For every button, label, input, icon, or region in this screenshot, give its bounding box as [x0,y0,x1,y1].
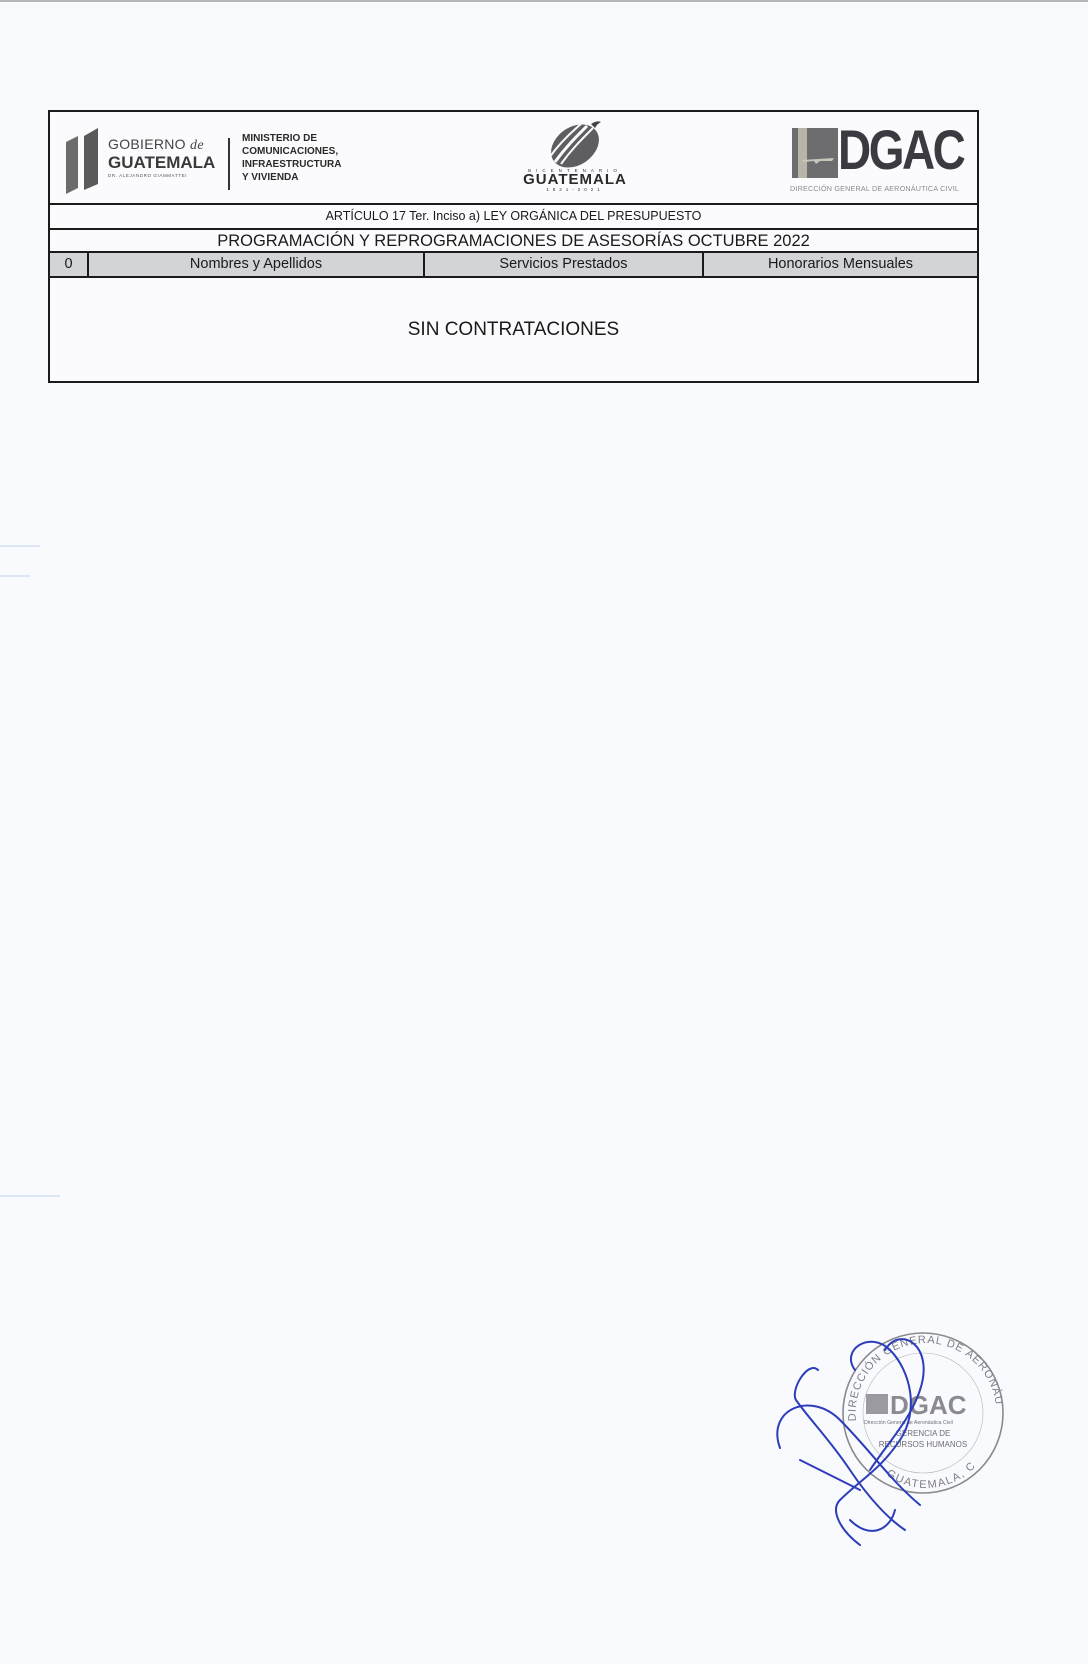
ministerio-line: Y VIVIENDA [242,171,341,184]
bicentenario-emblem-icon [535,118,615,168]
gobierno-text: GOBIERNO de GUATEMALA DR. ALEJANDRO GIAM… [108,136,218,178]
ministerio-line: MINISTERIO DE [242,132,341,145]
handwritten-signature [770,1330,970,1550]
gobierno-line3: DR. ALEJANDRO GIAMMATTEI [108,173,218,178]
bicentenario-name: GUATEMALA [500,173,650,187]
column-header-nombres: Nombres y Apellidos [89,253,425,276]
ministerio-text: MINISTERIO DE COMUNICACIONES, INFRAESTRU… [242,132,341,184]
dgac-airport-icon [792,128,838,178]
table-header-row: 0 Nombres y Apellidos Servicios Prestado… [50,253,977,278]
gobierno-line1: GOBIERNO de [108,136,218,154]
gobierno-bars-icon [64,128,100,194]
scan-artifact [0,1195,60,1197]
bicentenario-logo: BICENTENARIO GUATEMALA 1821-2021 [500,118,650,202]
column-header-index: 0 [50,253,89,276]
gobierno-line2: GUATEMALA [108,154,218,171]
ministerio-line: INFRAESTRUCTURA [242,158,341,171]
scan-artifact [0,545,40,547]
scan-top-edge [0,0,1088,2]
dgac-logo: DGAC DIRECCIÓN GENERAL DE AERONÁUTICA CI… [790,124,960,200]
asesorias-table: GOBIERNO de GUATEMALA DR. ALEJANDRO GIAM… [48,110,979,383]
dgac-wordmark: DGAC [838,120,963,180]
dgac-subtitle: DIRECCIÓN GENERAL DE AERONÁUTICA CIVIL [790,184,959,193]
logo-divider [228,138,230,190]
column-header-honorarios: Honorarios Mensuales [704,253,977,276]
ministerio-line: COMUNICACIONES, [242,145,341,158]
column-header-servicios: Servicios Prestados [425,253,704,276]
document-title: PROGRAMACIÓN Y REPROGRAMACIONES DE ASESO… [50,230,977,253]
logo-header-row: GOBIERNO de GUATEMALA DR. ALEJANDRO GIAM… [50,112,977,205]
table-body: SIN CONTRATACIONES [50,278,977,381]
article-reference: ARTÍCULO 17 Ter. Inciso a) LEY ORGÁNICA … [50,205,977,230]
empty-message: SIN CONTRATACIONES [408,319,619,341]
scan-artifact [0,575,30,577]
